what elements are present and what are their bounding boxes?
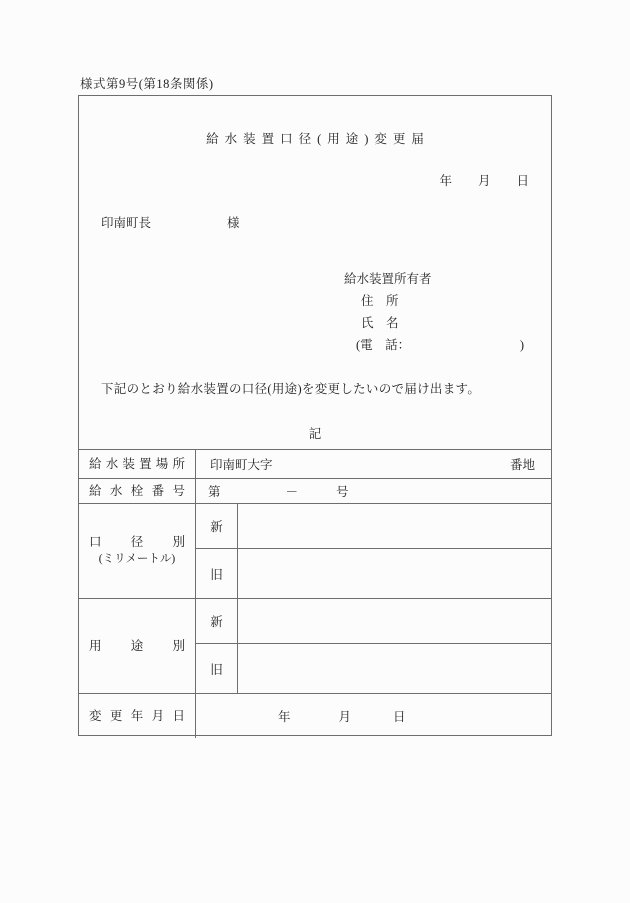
change-date-label-cell: 変 更 年 月 日 <box>79 694 196 738</box>
change-date-label: 変 更 年 月 日 <box>79 708 195 725</box>
change-date-year-label: 年 <box>278 707 291 725</box>
addressee-line: 印南町長 様 <box>101 213 240 231</box>
date-year-label: 年 <box>439 171 452 189</box>
addressee-honorific: 様 <box>227 213 240 231</box>
owner-address-label: 住 所 <box>344 290 524 312</box>
change-date-month-label: 月 <box>339 707 352 725</box>
diameter-new-label: 新 <box>196 504 238 548</box>
owner-phone-label: (電 話： <box>356 334 410 356</box>
form-title: 給水装置口径(用途)変更届 <box>79 129 551 147</box>
diameter-subrows: 新 旧 <box>196 504 551 598</box>
usage-new-value-cell <box>238 599 551 643</box>
table-section-diameter: 口 径 別 (ミリメートル) 新 旧 <box>79 503 551 598</box>
table-row-change-date: 変 更 年 月 日 年 月 日 <box>79 693 551 738</box>
location-label-cell: 給 水 装 置 場 所 <box>79 450 196 478</box>
usage-label-cell: 用 途 別 <box>79 599 196 693</box>
document-page: 様式第9号(第18条関係) 給水装置口径(用途)変更届 年 月 日 印南町長 様… <box>0 0 630 903</box>
form-border-box: 給水装置口径(用途)変更届 年 月 日 印南町長 様 給水装置所有者 住 所 氏… <box>78 95 552 736</box>
faucet-number-label: 給 水 栓 番 号 <box>79 483 195 500</box>
usage-old-label: 旧 <box>196 644 238 693</box>
location-value-prefix: 印南町大字 <box>210 455 273 473</box>
faucet-number-value-cell: 第 － 号 <box>196 479 551 503</box>
table-section-usage: 用 途 別 新 旧 <box>79 598 551 693</box>
addressee-name: 印南町長 <box>101 213 151 231</box>
diameter-new-value-cell <box>238 504 551 548</box>
faucet-number-prefix: 第 <box>208 482 221 500</box>
location-label: 給 水 装 置 場 所 <box>79 456 195 473</box>
usage-label: 用 途 別 <box>79 638 195 655</box>
faucet-number-label-cell: 給 水 栓 番 号 <box>79 479 196 503</box>
table-row-location: 給 水 装 置 場 所 印南町大字 番地 <box>79 450 551 478</box>
diameter-label-cell: 口 径 別 (ミリメートル) <box>79 504 196 598</box>
diameter-old-label: 旧 <box>196 549 238 598</box>
diameter-old-row: 旧 <box>196 548 551 598</box>
change-date-value-cell: 年 月 日 <box>196 694 551 738</box>
date-month-label: 月 <box>478 171 491 189</box>
usage-old-row: 旧 <box>196 643 551 693</box>
location-value-cell: 印南町大字 番地 <box>196 450 551 478</box>
diameter-old-value-cell <box>238 549 551 598</box>
owner-phone-line: (電 話： ) <box>344 334 524 356</box>
diameter-label: 口 径 別 <box>79 534 195 551</box>
owner-heading: 給水装置所有者 <box>344 268 524 290</box>
date-day-label: 日 <box>516 171 529 189</box>
record-heading: 記 <box>79 424 551 442</box>
usage-old-value-cell <box>238 644 551 693</box>
body-statement: 下記のとおり給水装置の口径(用途)を変更したいので届け出ます。 <box>101 379 480 397</box>
faucet-number-separator: － <box>286 482 299 500</box>
table-row-faucet-number: 給 水 栓 番 号 第 － 号 <box>79 478 551 503</box>
usage-new-label: 新 <box>196 599 238 643</box>
faucet-number-suffix: 号 <box>336 482 349 500</box>
form-table: 給 水 装 置 場 所 印南町大字 番地 給 水 栓 番 号 第 － 号 <box>79 449 551 738</box>
submission-date-line: 年 月 日 <box>439 171 529 189</box>
form-number: 様式第9号(第18条関係) <box>80 74 214 92</box>
usage-new-row: 新 <box>196 599 551 643</box>
diameter-new-row: 新 <box>196 504 551 548</box>
location-value-suffix: 番地 <box>510 455 535 473</box>
owner-block: 給水装置所有者 住 所 氏 名 (電 話： ) <box>344 268 524 356</box>
usage-subrows: 新 旧 <box>196 599 551 693</box>
diameter-unit-note: (ミリメートル) <box>79 551 195 568</box>
change-date-day-label: 日 <box>393 707 406 725</box>
owner-phone-close-paren: ) <box>520 334 524 356</box>
owner-name-label: 氏 名 <box>344 312 524 334</box>
